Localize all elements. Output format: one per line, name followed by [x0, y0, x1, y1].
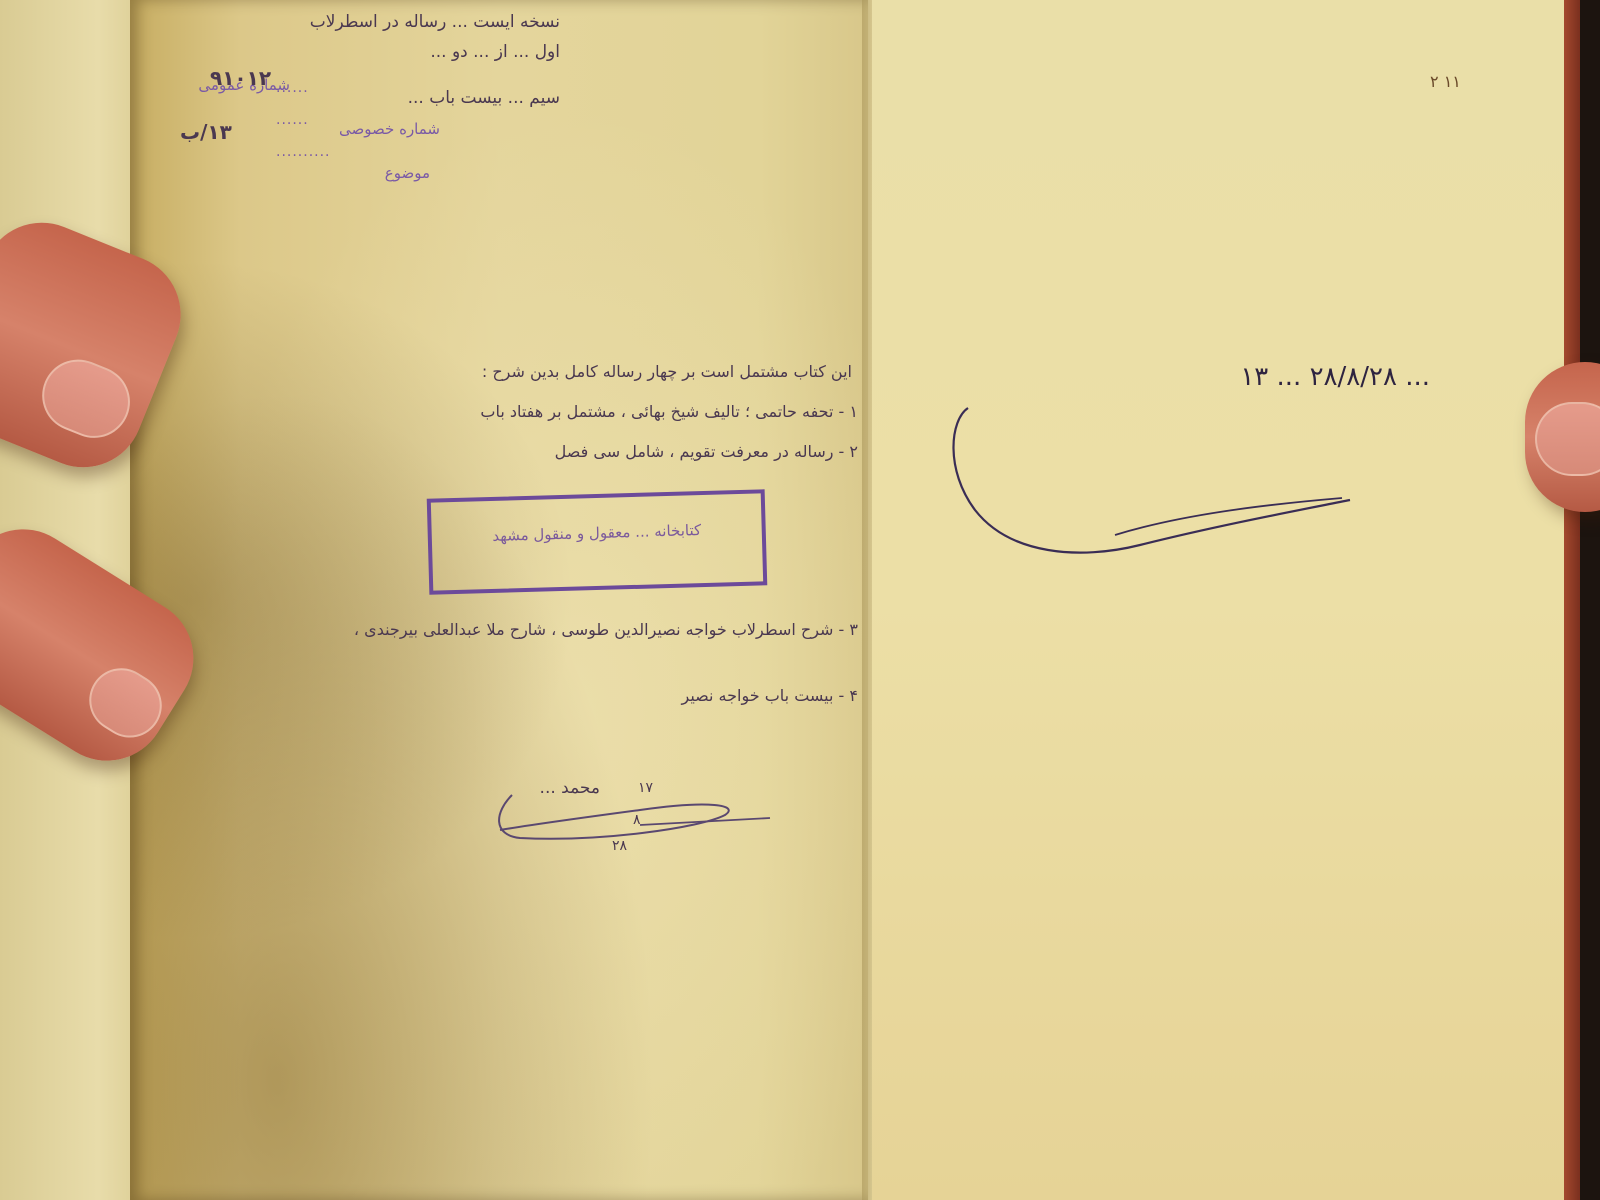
ink-flourishes [0, 0, 1600, 1200]
